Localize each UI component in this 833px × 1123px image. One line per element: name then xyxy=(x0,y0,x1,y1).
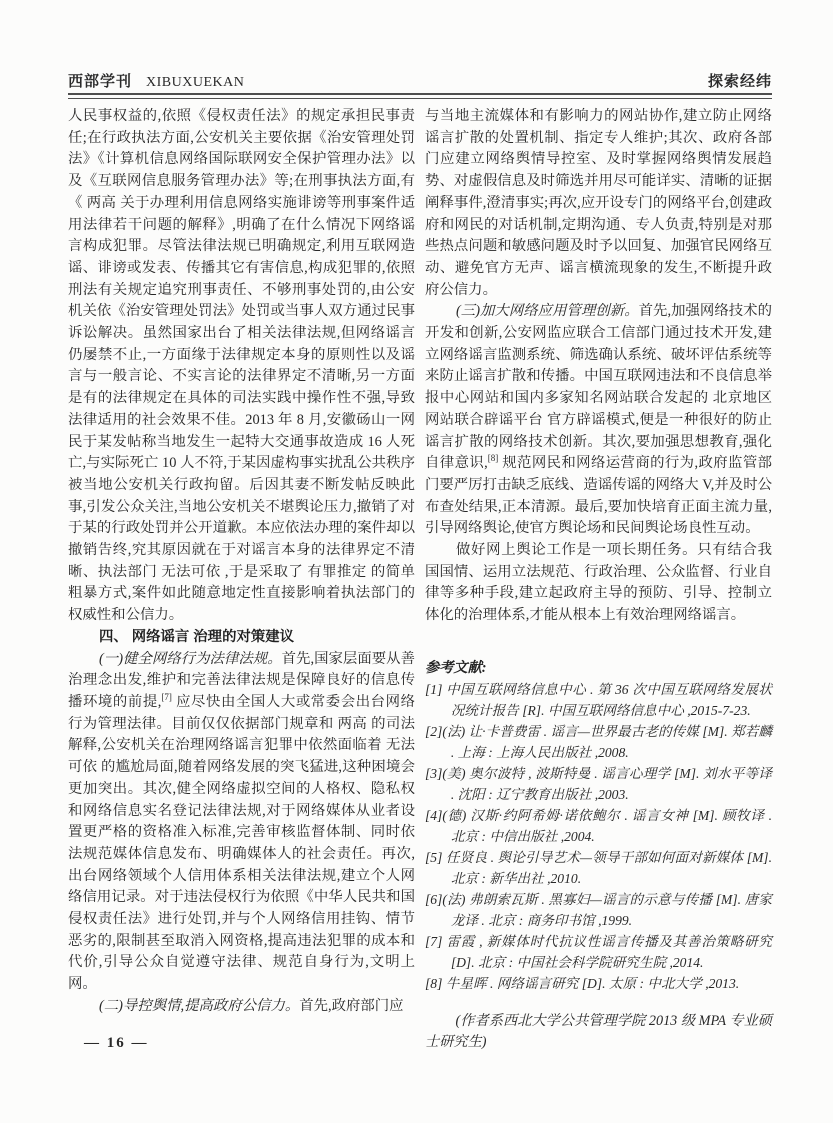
column-section-name: 探索经纬 xyxy=(708,70,772,91)
page-number: — 16 — xyxy=(84,1035,149,1052)
left-column: 人民事权益的,依照《侵权责任法》的规定承担民事责任;在行政执法方面,公安机关主要… xyxy=(68,106,415,1054)
reference-item: [4](德) 汉斯·约阿希姆·诺依鲍尔 . 谣言女神 [M]. 顾牧译 . 北京… xyxy=(425,805,772,847)
reference-item: [2](法) 让·卡普费雷 . 谣言—世界最古老的传媒 [M]. 郑若麟 . 上… xyxy=(425,721,772,763)
reference-item: [5] 任贤良 . 舆论引导艺术—领导干部如何面对新媒体 [M]. 北京 : 新… xyxy=(425,847,772,889)
reference-item: [7] 雷霞 , 新媒体时代抗议性谣言传播及其善治策略研究 [D]. 北京 : … xyxy=(425,931,772,973)
body-paragraph: 做好网上舆论工作是一项长期任务。只有结合我国国情、运用立法规范、行政治理、公众监… xyxy=(425,540,772,627)
footnote-reference: [8] xyxy=(488,453,499,463)
paragraph-text: 首先,加强网络技术的开发和创新,公安网监应联合工信部门通过技术开发,建立网络谣言… xyxy=(425,303,772,471)
article-body: 人民事权益的,依照《侵权责任法》的规定承担民事责任;在行政执法方面,公安机关主要… xyxy=(68,106,772,1054)
page-content: 西部学刊 XIBUXUEKAN 探索经纬 人民事权益的,依照《侵权责任法》的规定… xyxy=(68,70,772,1054)
reference-item: [8] 牛星晖 . 网络谣言研究 [D]. 太原 : 中北大学 ,2013. xyxy=(425,973,772,994)
reference-item: [3](美) 奥尔波特 , 波斯特曼 . 谣言心理学 [M]. 刘水平等译 . … xyxy=(425,763,772,805)
page-header: 西部学刊 XIBUXUEKAN 探索经纬 xyxy=(68,70,772,89)
section-heading-4: 四、 网络谣言 治理的对策建议 xyxy=(68,627,415,649)
reference-item: [1] 中国互联网络信息中心 . 第 36 次中国互联网络发展状况统计报告 [R… xyxy=(425,679,772,721)
body-paragraph-continuation: 与当地主流媒体和有影响力的网站协作,建立防止网络谣言扩散的处置机制、指定专人维护… xyxy=(425,106,772,301)
paragraph-text: 首先,政府部门应 xyxy=(299,998,403,1014)
body-paragraph-continuation: 人民事权益的,依照《侵权责任法》的规定承担民事责任;在行政执法方面,公安机关主要… xyxy=(68,106,415,627)
journal-page: 西部学刊 XIBUXUEKAN 探索经纬 人民事权益的,依照《侵权责任法》的规定… xyxy=(0,0,833,1123)
header-divider xyxy=(68,93,772,99)
reference-item: [6](法) 弗朗索瓦斯 . 黑寡妇—谣言的示意与传播 [M]. 唐家龙译 . … xyxy=(425,889,772,931)
paragraph-lead: (二)导控舆情,提高政府公信力。 xyxy=(99,998,299,1014)
paragraph-text: 应尽快由全国人大或常委会出台网络行为管理法律。目前仅仅依据部门规章和 两高 的司… xyxy=(68,694,415,992)
body-paragraph: (二)导控舆情,提高政府公信力。首先,政府部门应 xyxy=(68,996,415,1018)
footnote-reference: [7] xyxy=(161,692,172,702)
paragraph-lead: (一)健全网络行为法律法规。 xyxy=(99,651,282,667)
journal-title-en: XIBUXUEKAN xyxy=(146,75,244,91)
body-paragraph: (一)健全网络行为法律法规。首先,国家层面要从善治理念出发,维护和完善法律法规是… xyxy=(68,649,415,996)
references-list: [1] 中国互联网络信息中心 . 第 36 次中国互联网络发展状况统计报告 [R… xyxy=(425,679,772,994)
author-note: (作者系西北大学公共管理学院 2013 级 MPA 专业硕士研究生) xyxy=(425,1011,772,1054)
body-paragraph: (三)加大网络应用管理创新。首先,加强网络技术的开发和创新,公安网监应联合工信部… xyxy=(425,301,772,540)
paragraph-lead: (三)加大网络应用管理创新。 xyxy=(456,303,639,319)
journal-title: 西部学刊 XIBUXUEKAN xyxy=(68,70,244,91)
right-column: 与当地主流媒体和有影响力的网站协作,建立防止网络谣言扩散的处置机制、指定专人维护… xyxy=(425,106,772,1054)
references-heading: 参考文献: xyxy=(425,658,772,679)
journal-title-cn: 西部学刊 xyxy=(68,70,132,91)
